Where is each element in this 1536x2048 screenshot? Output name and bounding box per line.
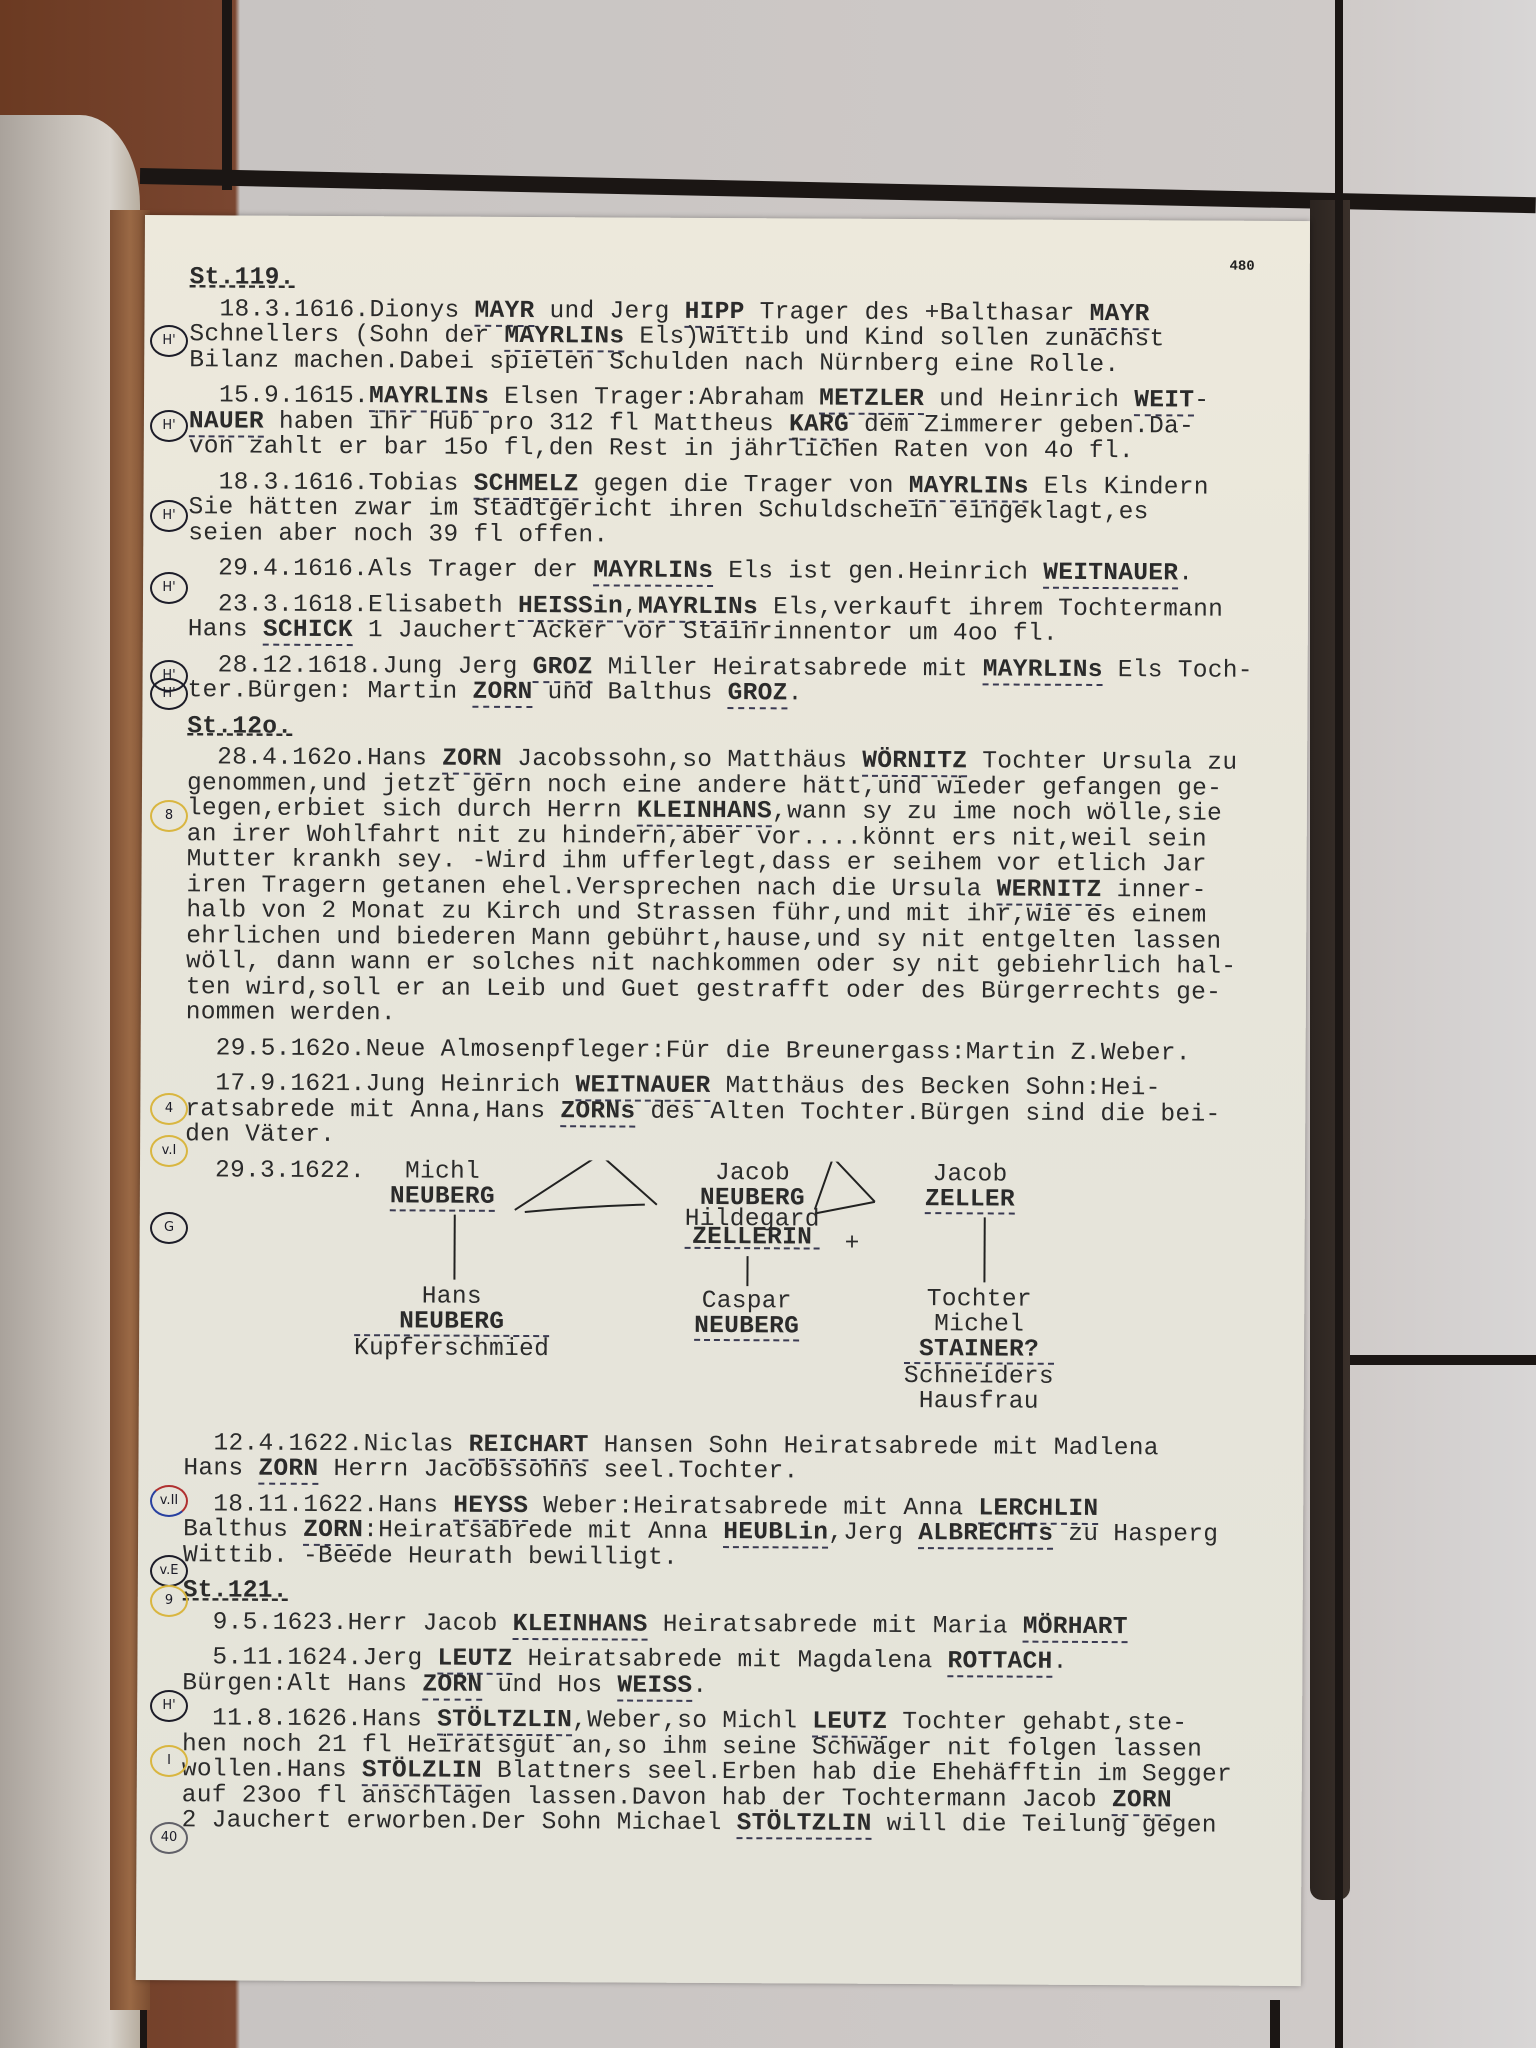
entry-date: 29.5.162o.	[216, 1035, 366, 1063]
tree-child-hans-neuberg: Hans NEUBERG Kupferschmied	[354, 1284, 549, 1362]
tile-grout-line	[1270, 2000, 1280, 2048]
entry-line: 29.5.162o.Neue Almosenpfleger:Für die Br…	[186, 1036, 1276, 1067]
child-line: Schneiders	[904, 1363, 1054, 1389]
surname-underlined: ROTTACH	[947, 1648, 1052, 1678]
surname-underlined: GROZ	[728, 680, 788, 709]
entry-date: 12.4.1622.	[213, 1430, 363, 1458]
spouse-surname: ZELLERIN	[685, 1228, 820, 1249]
tree-parent-jacob-zeller: Jacob ZELLER	[925, 1162, 1015, 1214]
section-st120: St.12o. 28.4.162o.Hans ZORN Jacobssohn,s…	[183, 714, 1277, 1574]
child-line: Kupferschmied	[354, 1336, 549, 1362]
record-entry: 28.12.1618.Jung Jerg GROZ Miller Heirats…	[187, 653, 1277, 710]
margin-annotation-mark: v.E	[150, 1555, 188, 1587]
entry-date: 9.5.1623.	[213, 1609, 348, 1637]
margin-annotation-mark: 4	[150, 1093, 188, 1125]
entry-date: 28.12.1618.	[218, 652, 383, 680]
surname-underlined: STÖLTZLIN	[737, 1810, 872, 1840]
record-entry: 18.3.1616.Dionys MAYR und Jerg HIPP Trag…	[189, 297, 1279, 379]
tile-grout-line	[222, 0, 232, 190]
margin-annotation-mark: H'	[150, 1690, 188, 1722]
entry-line: 29.4.1616.Als Trager der MAYRLINs Els is…	[188, 556, 1278, 587]
surname-underlined: WEISS	[617, 1672, 692, 1701]
entry-date: 5.11.1624.	[212, 1644, 362, 1672]
surname-underlined: WEITNAUER	[1043, 560, 1178, 590]
margin-annotation-mark: 40	[150, 1822, 188, 1854]
margin-annotation-mark: H'	[150, 572, 188, 604]
tree-parent-michl-neuberg: Michl NEUBERG	[390, 1159, 495, 1212]
child-line: NEUBERG	[694, 1313, 799, 1341]
margin-annotation-mark: H'	[150, 500, 188, 532]
deceased-marker: +	[845, 1231, 860, 1256]
tile-grout-line	[1335, 0, 1343, 2048]
record-entry: 29.5.162o.Neue Almosenpfleger:Für die Br…	[186, 1036, 1276, 1067]
entry-date: 29.4.1616.	[218, 555, 368, 583]
margin-annotation-mark: 8	[150, 800, 188, 832]
child-line: Caspar	[694, 1288, 799, 1314]
margin-annotation-mark: H'	[150, 325, 188, 357]
surname-underlined: ALBRECHTs	[918, 1520, 1053, 1550]
tree-child-tochter-stainer: Tochter Michel STAINER? Schneiders Hausf…	[904, 1286, 1055, 1414]
entry-line: Bürgen:Alt Hans ZORN und Hos WEISS.	[182, 1671, 1272, 1702]
entry-date: 18.11.1622.	[213, 1491, 378, 1519]
family-tree-diagram: 29.3.1622. Michl NEUBERG Jacob NEUBERG H…	[184, 1158, 1275, 1429]
section-heading: St.119.	[190, 265, 1280, 296]
surname-underlined: MÖRHART	[1023, 1613, 1128, 1643]
section-st119: St.119. 18.3.1616.Dionys MAYR und Jerg H…	[187, 265, 1279, 709]
record-entry: 28.4.162o.Hans ZORN Jacobssohn,so Matthä…	[186, 745, 1277, 1031]
document-body: St.119. 18.3.1616.Dionys MAYR und Jerg H…	[181, 255, 1279, 1849]
entry-date: 18.3.1616.	[219, 296, 369, 324]
section-heading: St.12o.	[187, 714, 1277, 745]
margin-annotation-mark: H'	[150, 410, 188, 442]
record-entry: 18.11.1622.Hans HEYSS Weber:Heiratsabred…	[183, 1492, 1273, 1574]
surname-underlined: ZORN	[422, 1671, 482, 1700]
child-line: Michel	[904, 1311, 1054, 1337]
child-line: NEUBERG	[354, 1309, 549, 1337]
section-st121: St.121. 9.5.1623.Herr Jacob KLEINHANS He…	[182, 1578, 1273, 1839]
entry-line: 2 Jauchert erworben.Der Sohn Michael STÖ…	[182, 1808, 1272, 1839]
binder-edge	[1310, 200, 1350, 1900]
entry-line: Bilanz machen.Dabei spielen Schulden nac…	[189, 348, 1279, 379]
margin-annotation-mark: v.I	[150, 1135, 188, 1167]
surname-underlined: MAYRLINs	[983, 656, 1103, 686]
child-line: STAINER?	[904, 1336, 1054, 1364]
surname-underlined: ZORN	[258, 1456, 318, 1485]
child-line: Hans	[354, 1284, 549, 1310]
surname-underlined: MAYRLINs	[593, 557, 713, 587]
first-name: Michl	[390, 1159, 495, 1185]
entry-date: 23.3.1618.	[218, 591, 368, 619]
margin-annotation-mark: G	[150, 1212, 188, 1244]
first-name: Jacob	[685, 1160, 820, 1186]
entry-date: 17.9.1621.	[215, 1070, 365, 1098]
margin-annotation-mark: 9	[150, 1585, 188, 1617]
entry-date: 15.9.1615.	[219, 382, 369, 410]
child-line: Hausfrau	[904, 1388, 1054, 1414]
record-entry: 29.4.1616.Als Trager der MAYRLINs Els is…	[188, 556, 1278, 587]
child-line: Tochter	[904, 1286, 1054, 1312]
surname: ZELLER	[925, 1187, 1015, 1214]
entry-date: 28.4.162o.	[217, 744, 367, 772]
first-name: Jacob	[925, 1162, 1015, 1187]
record-entry: 9.5.1623.Herr Jacob KLEINHANS Heiratsabr…	[183, 1610, 1273, 1641]
record-entry: 15.9.1615.MAYRLINs Elsen Trager:Abraham …	[189, 383, 1279, 465]
margin-annotation-mark: v.II	[150, 1485, 188, 1517]
surname-underlined: ZORNs	[560, 1098, 635, 1127]
entry-line: von zahlt er bar 15o fl,den Rest in jähr…	[189, 434, 1279, 465]
entry-date: 18.3.1616.	[219, 469, 369, 497]
section-heading: St.121.	[183, 1578, 1273, 1609]
tile-grout-line	[1345, 1355, 1536, 1365]
margin-annotation-mark: H'	[150, 678, 188, 710]
record-entry: 18.3.1616.Tobias SCHMELZ gegen die Trage…	[188, 470, 1278, 552]
record-entry: 5.11.1624.Jerg LEUTZ Heiratsabrede mit M…	[182, 1645, 1272, 1702]
record-entry: 12.4.1622.Niclas REICHART Hansen Sohn He…	[183, 1431, 1273, 1488]
surname-underlined: KLEINHANS	[513, 1610, 648, 1640]
record-entry: 17.9.1621.Jung Heinrich WEITNAUER Matthä…	[185, 1071, 1275, 1153]
margin-annotation-mark: I	[150, 1745, 188, 1777]
entry-date: 11.8.1626.	[212, 1705, 362, 1733]
surname-underlined: ZORN	[472, 679, 532, 708]
surname-underlined: SCHICK	[263, 617, 353, 646]
surname-underlined: HEUBLin	[723, 1519, 828, 1549]
surname: NEUBERG	[390, 1184, 495, 1212]
document-page: 480 St.119. 18.3.1616.Dionys MAYR und Je…	[136, 215, 1310, 1986]
entry-line: ratsabrede mit Anna,Hans ZORNs des Alten…	[185, 1097, 1275, 1128]
record-entry: 11.8.1626.Hans STÖLTZLIN,Weber,so Michl …	[182, 1706, 1273, 1839]
tree-child-caspar-neuberg: Caspar NEUBERG	[694, 1288, 799, 1341]
tree-parent-jacob-neuberg: Jacob NEUBERG Hildegard ZELLERIN	[685, 1160, 820, 1249]
entry-line: 9.5.1623.Herr Jacob KLEINHANS Heiratsabr…	[183, 1610, 1273, 1641]
record-entry: 23.3.1618.Elisabeth HEISSin,MAYRLINs Els…	[188, 592, 1278, 649]
tree-date: 29.3.1622.	[215, 1158, 365, 1184]
